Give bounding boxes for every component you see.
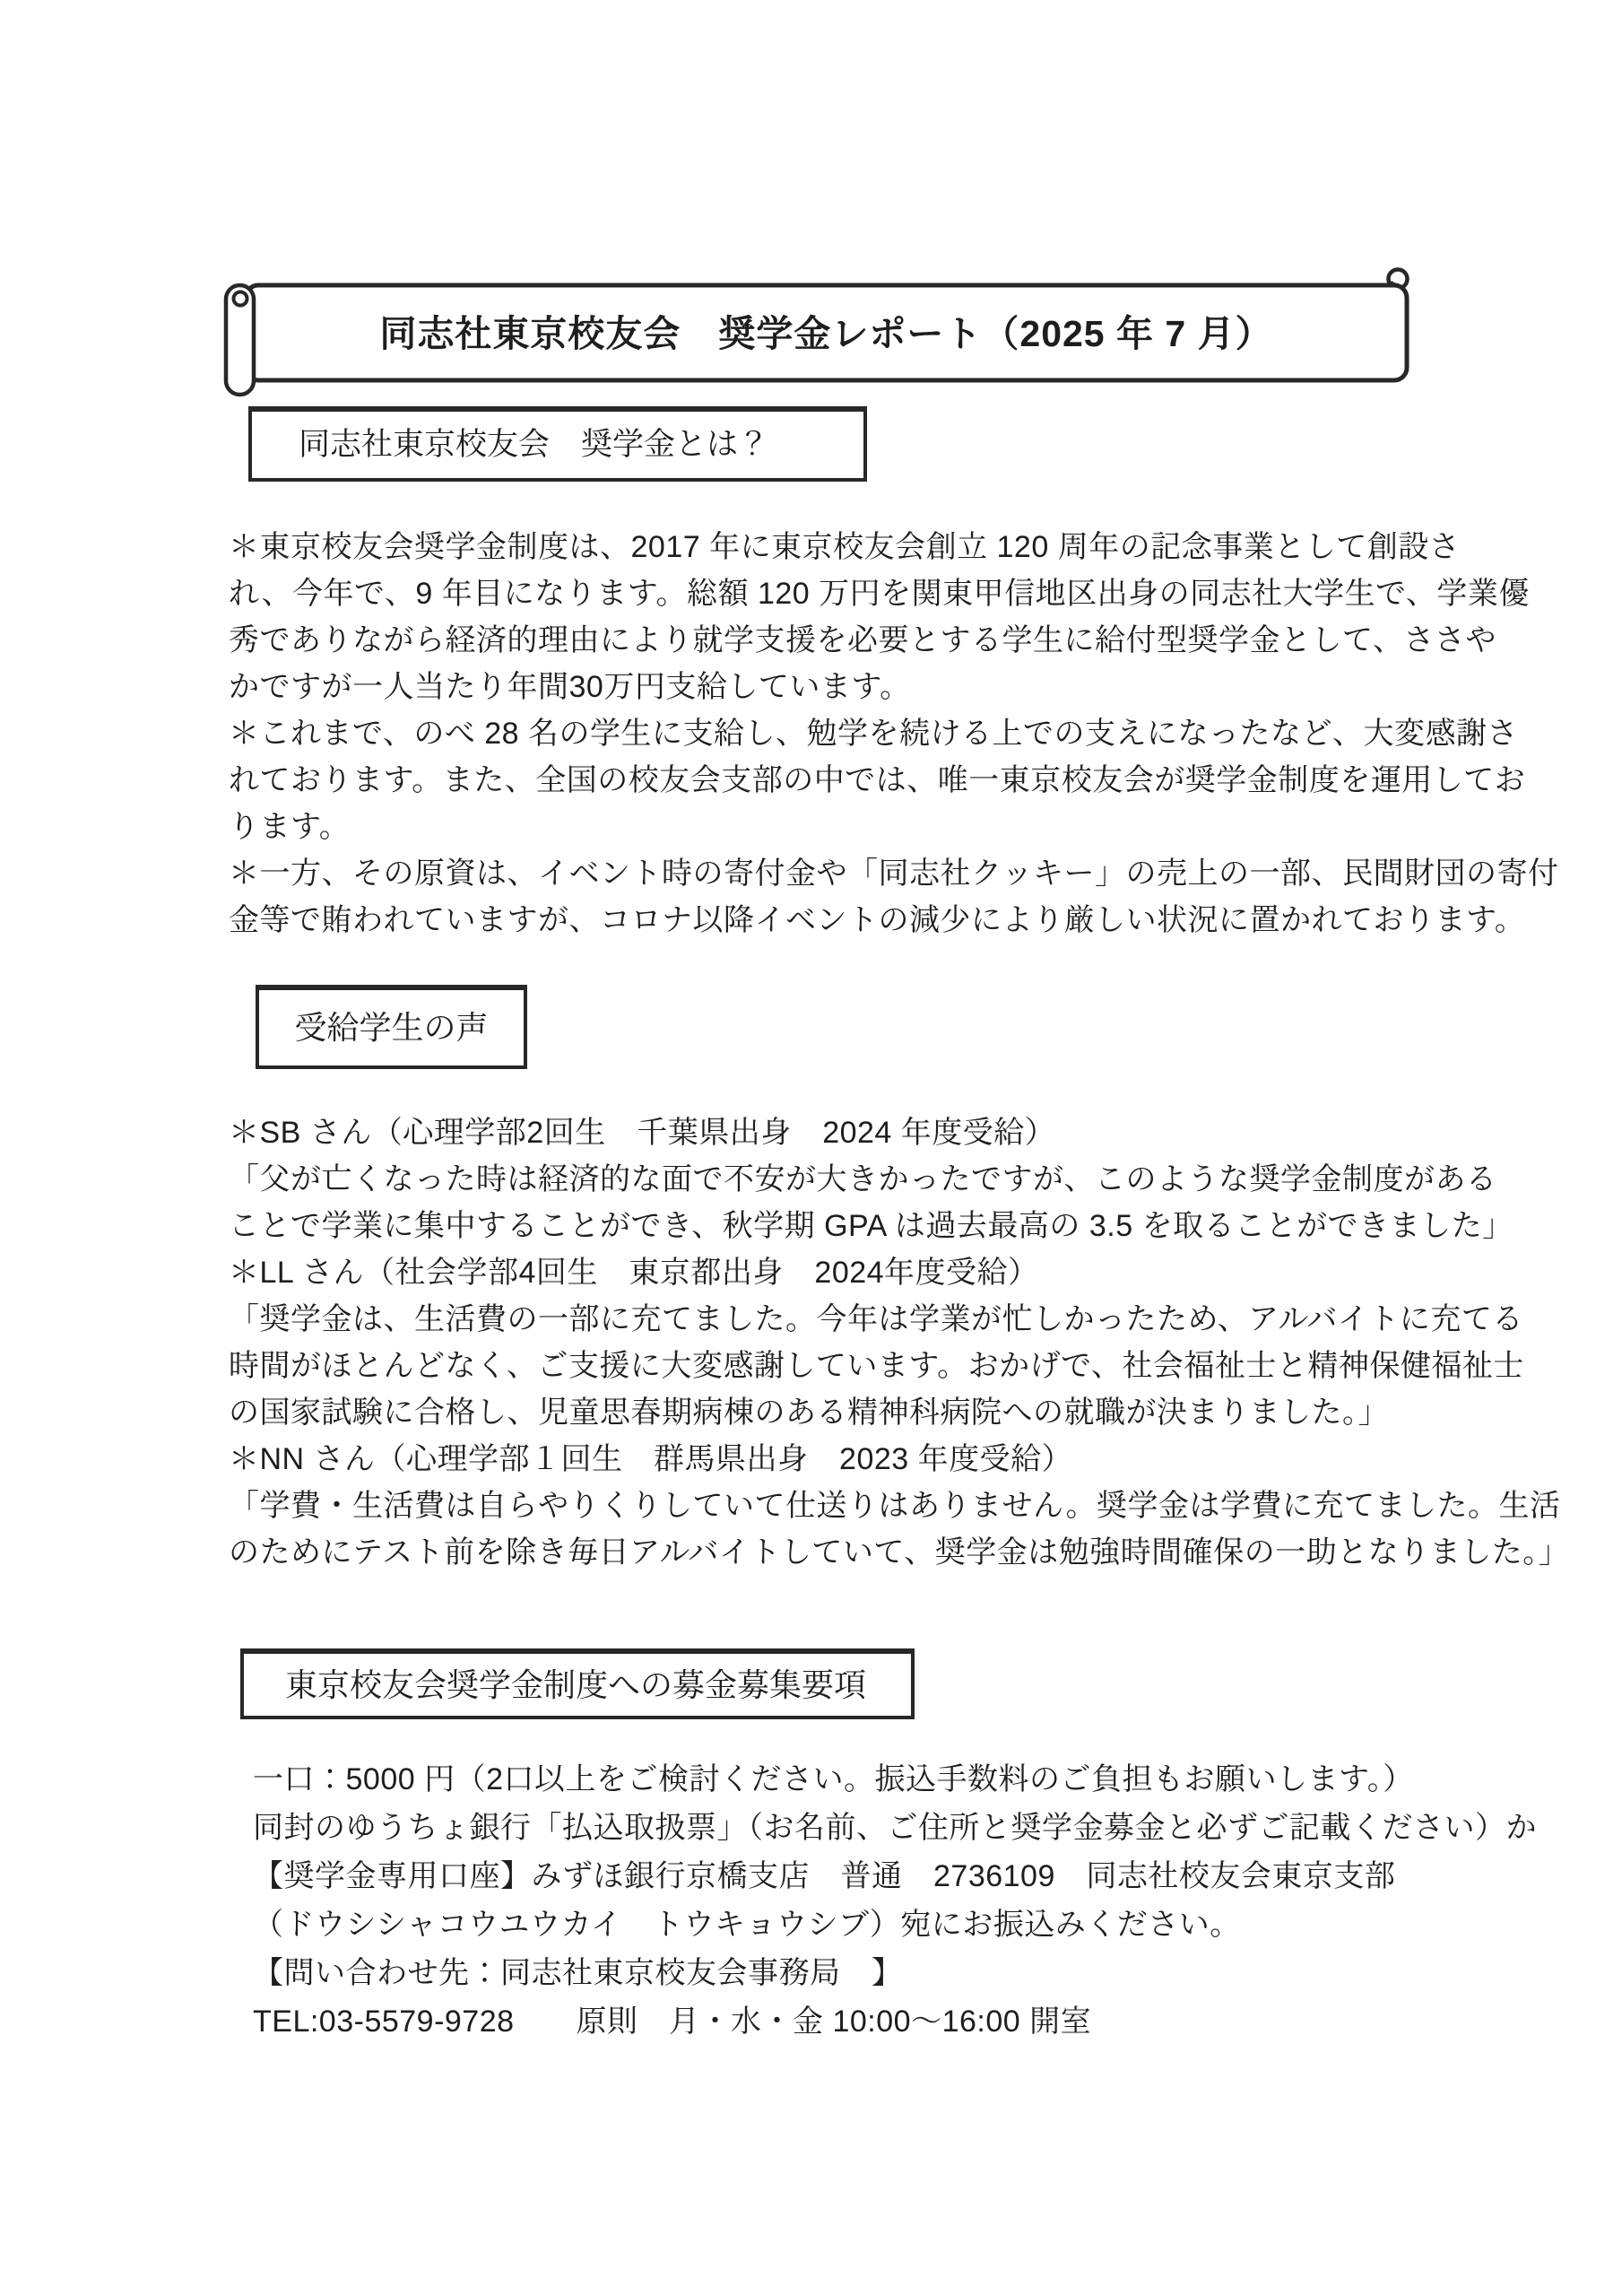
text-line: 時間がほとんどなく、ご支援に大変感謝しています。おかげで、社会福祉士と精神保健福… bbox=[229, 1343, 1569, 1389]
text-line: ＊一方、その原資は、イベント時の寄付金や「同志社クッキー」の売上の一部、民間財団… bbox=[229, 850, 1559, 897]
section-body-donation: 一口：5000 円（2口以上をご検討ください。振込手数料のご負担もお願いします。… bbox=[253, 1755, 1537, 2046]
text-line: 同封のゆうちょ銀行「払込取扱票」（お名前、ご住所と奨学金募金と必ずご記載ください… bbox=[253, 1804, 1537, 1852]
text-line: 【問い合わせ先：同志社東京校友会事務局 】 bbox=[253, 1949, 1537, 1997]
report-title: 同志社東京校友会 奨学金レポート（2025 年 7 月） bbox=[246, 285, 1407, 384]
text-line: 「学費・生活費は自らやりくりしていて仕送りはありません。奨学金は学費に充てました… bbox=[229, 1483, 1569, 1529]
section-heading-voices: 受給学生の声 bbox=[256, 985, 527, 1069]
text-line: ＊NN さん（心理学部１回生 群馬県出身 2023 年度受給） bbox=[229, 1436, 1569, 1483]
section-heading-donation: 東京校友会奨学金制度への募金募集要項 bbox=[240, 1648, 915, 1719]
text-line: の国家試験に合格し、児童思春期病棟のある精神科病院への就職が決まりました。」 bbox=[229, 1389, 1569, 1436]
text-line: かですが一人当たり年間30万円支給しています。 bbox=[229, 664, 1559, 710]
text-line: 秀でありながら経済的理由により就学支援を必要とする学生に給付型奨学金として、ささ… bbox=[229, 617, 1559, 664]
text-line: ＊東京校友会奨学金制度は、2017 年に東京校友会創立 120 周年の記念事業と… bbox=[229, 524, 1559, 570]
section-body-voices: ＊SB さん（心理学部2回生 千葉県出身 2024 年度受給）「父が亡くなった時… bbox=[229, 1109, 1569, 1576]
text-line: のためにテスト前を除き毎日アルバイトしていて、奨学金は勉強時間確保の一助となりま… bbox=[229, 1529, 1569, 1576]
text-line: れております。また、全国の校友会支部の中では、唯一東京校友会が奨学金制度を運用し… bbox=[229, 757, 1559, 804]
text-line: 「奨学金は、生活費の一部に充てました。今年は学業が忙しかったため、アルバイトに充… bbox=[229, 1296, 1569, 1343]
section-body-about: ＊東京校友会奨学金制度は、2017 年に東京校友会創立 120 周年の記念事業と… bbox=[229, 524, 1559, 944]
text-line: ＊これまで、のべ 28 名の学生に支給し、勉学を続ける上での支えになったなど、大… bbox=[229, 710, 1559, 757]
text-line: 一口：5000 円（2口以上をご検討ください。振込手数料のご負担もお願いします。… bbox=[253, 1755, 1537, 1804]
text-line: ことで学業に集中することができ、秋学期 GPA は過去最高の 3.5 を取ること… bbox=[229, 1203, 1569, 1249]
text-line: 「父が亡くなった時は経済的な面で不安が大きかったですが、このような奨学金制度があ… bbox=[229, 1156, 1569, 1203]
text-line: （ドウシシャコウユウカイ トウキョウシブ）宛にお振込みください。 bbox=[253, 1900, 1537, 1949]
text-line: ります。 bbox=[229, 804, 1559, 850]
scholarship-report-page: 同志社東京校友会 奨学金レポート（2025 年 7 月） 同志社東京校友会 奨学… bbox=[0, 0, 1622, 2296]
section-heading-about: 同志社東京校友会 奨学金とは？ bbox=[248, 406, 867, 482]
text-line: れ、今年で、9 年目になります。総額 120 万円を関東甲信地区出身の同志社大学… bbox=[229, 570, 1559, 617]
text-line: 【奨学金専用口座】みずほ銀行京橋支店 普通 2736109 同志社校友会東京支部 bbox=[253, 1852, 1537, 1900]
text-line: TEL:03-5579-9728 原則 月・水・金 10:00～16:00 開室 bbox=[253, 1997, 1537, 2046]
text-line: 金等で賄われていますが、コロナ以降イベントの減少により厳しい状況に置かれておりま… bbox=[229, 897, 1559, 944]
text-line: ＊LL さん（社会学部4回生 東京都出身 2024年度受給） bbox=[229, 1249, 1569, 1296]
text-line: ＊SB さん（心理学部2回生 千葉県出身 2024 年度受給） bbox=[229, 1109, 1569, 1156]
